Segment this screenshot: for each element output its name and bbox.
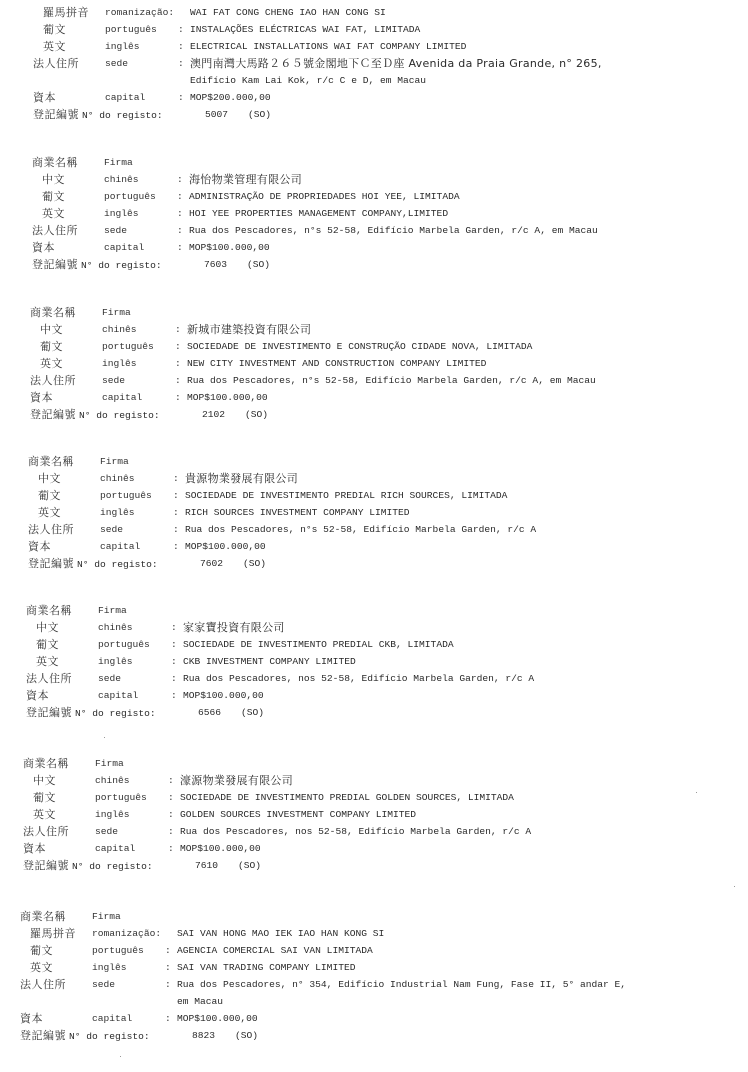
colon: :	[165, 1010, 171, 1027]
registo-label: 登記編號N° do registo:	[32, 256, 162, 274]
chines-label-pt: chinês	[102, 321, 137, 338]
portugues-value: ADMINISTRAÇÃO DE PROPRIEDADES HOI YEE, L…	[189, 188, 460, 205]
portugues-label-pt: português	[95, 789, 147, 806]
sede-value-line1: Rua dos Pescadores, n° 354, Edifício Ind…	[177, 976, 626, 993]
capital-label-zh: 資本	[26, 687, 49, 704]
registo-label-zh: 登記編號	[23, 859, 69, 872]
firma-label-pt: Firma	[100, 453, 129, 470]
chines-label-pt: chinês	[98, 619, 133, 636]
portugues-label-zh: 葡文	[40, 338, 63, 355]
capital-label-zh: 資本	[33, 89, 56, 106]
ingles-label-zh: 英文	[30, 959, 53, 976]
firma-label-zh: 商業名稱	[26, 602, 72, 619]
portugues-label-pt: português	[104, 188, 156, 205]
romanizacao-value: WAI FAT CONG CHENG IAO HAN CONG SI	[190, 4, 386, 21]
colon: :	[177, 171, 183, 188]
firma-label-zh: 商業名稱	[30, 304, 76, 321]
capital-value: MOP$100.000,00	[187, 389, 268, 406]
capital-label-zh: 資本	[20, 1010, 43, 1027]
firma-label-pt: Firma	[102, 304, 131, 321]
colon: :	[171, 653, 177, 670]
colon: :	[173, 470, 179, 487]
sede-label-zh: 法人住所	[20, 976, 66, 993]
registo-label-pt: N° do registo:	[75, 708, 156, 719]
colon: :	[177, 188, 183, 205]
ingles-value: HOI YEE PROPERTIES MANAGEMENT COMPANY,LI…	[189, 205, 448, 222]
registo-tag: (SO)	[247, 256, 270, 273]
registo-label-pt: N° do registo:	[79, 410, 160, 421]
registo-label: 登記編號N° do registo:	[20, 1027, 150, 1045]
registo-number: 7602	[200, 555, 223, 572]
chines-value: 貴源物業發展有限公司	[185, 470, 298, 487]
colon: :	[168, 823, 174, 840]
sede-value: Rua dos Pescadores, nos 52-58, Edifício …	[183, 670, 534, 687]
capital-value: MOP$100.000,00	[185, 538, 266, 555]
scan-speck	[696, 792, 697, 793]
colon: :	[177, 239, 183, 256]
chines-label-zh: 中文	[42, 171, 65, 188]
sede-label-pt: sede	[105, 55, 128, 72]
sede-label-zh: 法人住所	[30, 372, 76, 389]
sede-label-pt: sede	[102, 372, 125, 389]
colon: :	[177, 205, 183, 222]
firma-label-pt: Firma	[92, 908, 121, 925]
capital-value: MOP$100.000,00	[183, 687, 264, 704]
ingles-value: SAI VAN TRADING COMPANY LIMITED	[177, 959, 355, 976]
colon: :	[178, 89, 184, 106]
colon: :	[178, 38, 184, 55]
sede-value: Rua dos Pescadores, n°s 52-58, Edifício …	[185, 521, 536, 538]
capital-value: MOP$200.000,00	[190, 89, 271, 106]
registo-tag: (SO)	[235, 1027, 258, 1044]
romanizacao-label-pt: romanização:	[105, 4, 174, 21]
registo-label: 登記編號N° do registo:	[33, 106, 163, 124]
colon: :	[165, 959, 171, 976]
ingles-label-pt: inglês	[98, 653, 133, 670]
registo-label-pt: N° do registo:	[81, 260, 162, 271]
registo-tag: (SO)	[245, 406, 268, 423]
portugues-label-pt: português	[92, 942, 144, 959]
colon: :	[165, 976, 171, 993]
registo-label-zh: 登記編號	[30, 408, 76, 421]
chines-label-zh: 中文	[36, 619, 59, 636]
portugues-label-pt: português	[105, 21, 157, 38]
romanizacao-label-zh: 羅馬拼音	[30, 925, 76, 942]
sede-label-zh: 法人住所	[26, 670, 72, 687]
firma-label-pt: Firma	[104, 154, 133, 171]
portugues-value: SOCIEDADE DE INVESTIMENTO PREDIAL GOLDEN…	[180, 789, 514, 806]
portugues-value: SOCIEDADE DE INVESTIMENTO PREDIAL RICH S…	[185, 487, 507, 504]
firma-label-zh: 商業名稱	[23, 755, 69, 772]
sede-value: Rua dos Pescadores, nos 52-58, Edifício …	[180, 823, 531, 840]
registo-label-zh: 登記編號	[26, 706, 72, 719]
portugues-value: INSTALAÇÕES ELÉCTRICAS WAI FAT, LIMITADA	[190, 21, 420, 38]
registo-label-pt: N° do registo:	[82, 110, 163, 121]
sede-value-line2: em Macau	[177, 993, 223, 1010]
firma-label-zh: 商業名稱	[32, 154, 78, 171]
colon: :	[175, 338, 181, 355]
colon: :	[173, 504, 179, 521]
capital-label-pt: capital	[95, 840, 135, 857]
colon: :	[175, 372, 181, 389]
portugues-label-pt: português	[98, 636, 150, 653]
ingles-label-zh: 英文	[43, 38, 66, 55]
scan-speck	[104, 737, 105, 738]
colon: :	[173, 521, 179, 538]
portugues-label-zh: 葡文	[43, 21, 66, 38]
colon: :	[168, 806, 174, 823]
ingles-label-pt: inglês	[100, 504, 135, 521]
capital-label-zh: 資本	[23, 840, 46, 857]
registo-label-pt: N° do registo:	[69, 1031, 150, 1042]
colon: :	[175, 355, 181, 372]
chines-label-pt: chinês	[100, 470, 135, 487]
capital-label-zh: 資本	[30, 389, 53, 406]
ingles-value: RICH SOURCES INVESTMENT COMPANY LIMITED	[185, 504, 410, 521]
colon: :	[175, 321, 181, 338]
ingles-value: NEW CITY INVESTMENT AND CONSTRUCTION COM…	[187, 355, 486, 372]
portugues-value: SOCIEDADE DE INVESTIMENTO E CONSTRUÇÃO C…	[187, 338, 532, 355]
sede-value: Rua dos Pescadores, n°s 52-58, Edifício …	[187, 372, 596, 389]
portugues-label-zh: 葡文	[42, 188, 65, 205]
capital-value: MOP$100.000,00	[189, 239, 270, 256]
colon: :	[171, 619, 177, 636]
firma-label-zh: 商業名稱	[20, 908, 66, 925]
registo-label-pt: N° do registo:	[72, 861, 153, 872]
sede-value-line1: 澳門南灣大馬路２６５號金閣地下Ｃ至Ｄ座 Avenida da Praia Gra…	[190, 55, 602, 72]
portugues-value: AGENCIA COMERCIAL SAI VAN LIMITADA	[177, 942, 373, 959]
colon: :	[165, 942, 171, 959]
ingles-label-zh: 英文	[42, 205, 65, 222]
registo-tag: (SO)	[238, 857, 261, 874]
ingles-label-pt: inglês	[92, 959, 127, 976]
ingles-label-zh: 英文	[33, 806, 56, 823]
scan-speck	[734, 886, 735, 887]
sede-label-zh: 法人住所	[32, 222, 78, 239]
chines-label-pt: chinês	[104, 171, 139, 188]
sede-value-line2: Edifício Kam Lai Kok, r/c C e D, em Maca…	[190, 72, 426, 89]
colon: :	[168, 772, 174, 789]
ingles-label-zh: 英文	[36, 653, 59, 670]
capital-label-pt: capital	[100, 538, 140, 555]
chines-label-zh: 中文	[33, 772, 56, 789]
ingles-label-zh: 英文	[38, 504, 61, 521]
chines-value: 新城市建築投資有限公司	[187, 321, 311, 338]
colon: :	[173, 538, 179, 555]
capital-value: MOP$100.000,00	[180, 840, 261, 857]
sede-label-pt: sede	[92, 976, 115, 993]
portugues-value: SOCIEDADE DE INVESTIMENTO PREDIAL CKB, L…	[183, 636, 454, 653]
romanizacao-label-zh: 羅馬拼音	[43, 4, 89, 21]
sede-value: Rua dos Pescadores, n°s 52-58, Edifício …	[189, 222, 598, 239]
portugues-label-pt: português	[100, 487, 152, 504]
registo-number: 6566	[198, 704, 221, 721]
sede-label-zh: 法人住所	[23, 823, 69, 840]
colon: :	[171, 636, 177, 653]
chines-label-pt: chinês	[95, 772, 130, 789]
colon: :	[171, 670, 177, 687]
portugues-label-zh: 葡文	[38, 487, 61, 504]
chines-value: 海怡物業管理有限公司	[189, 171, 302, 188]
registo-number: 7603	[204, 256, 227, 273]
colon: :	[171, 687, 177, 704]
ingles-label-pt: inglês	[104, 205, 139, 222]
capital-label-zh: 資本	[28, 538, 51, 555]
sede-label-zh: 法人住所	[28, 521, 74, 538]
registo-label: 登記編號N° do registo:	[26, 704, 156, 722]
sede-label-pt: sede	[100, 521, 123, 538]
sede-label-pt: sede	[98, 670, 121, 687]
ingles-label-zh: 英文	[40, 355, 63, 372]
capital-label-pt: capital	[104, 239, 144, 256]
chines-value: 濠源物業發展有限公司	[180, 772, 293, 789]
colon: :	[173, 487, 179, 504]
registo-label-zh: 登記編號	[33, 108, 79, 121]
capital-label-pt: capital	[98, 687, 138, 704]
capital-label-pt: capital	[105, 89, 145, 106]
chines-label-zh: 中文	[38, 470, 61, 487]
capital-value: MOP$100.000,00	[177, 1010, 258, 1027]
document-page: 羅馬拼音 romanização: WAI FAT CONG CHENG IAO…	[0, 0, 748, 1072]
colon: :	[178, 21, 184, 38]
sede-label-pt: sede	[95, 823, 118, 840]
ingles-value: GOLDEN SOURCES INVESTMENT COMPANY LIMITE…	[180, 806, 416, 823]
registo-number: 7610	[195, 857, 218, 874]
portugues-label-pt: português	[102, 338, 154, 355]
registo-label-zh: 登記編號	[28, 557, 74, 570]
colon: :	[177, 222, 183, 239]
portugues-label-zh: 葡文	[36, 636, 59, 653]
firma-label-pt: Firma	[98, 602, 127, 619]
chines-value: 家家寶投資有限公司	[183, 619, 285, 636]
capital-label-pt: capital	[102, 389, 142, 406]
registo-label-zh: 登記編號	[20, 1029, 66, 1042]
firma-label-pt: Firma	[95, 755, 124, 772]
romanizacao-value: SAI VAN HONG MAO IEK IAO HAN KONG SI	[177, 925, 384, 942]
colon: :	[178, 55, 184, 72]
romanizacao-label-pt: romanização:	[92, 925, 161, 942]
ingles-label-pt: inglês	[102, 355, 137, 372]
colon: :	[168, 789, 174, 806]
colon: :	[168, 840, 174, 857]
portugues-label-zh: 葡文	[30, 942, 53, 959]
registo-label: 登記編號N° do registo:	[23, 857, 153, 875]
sede-label-pt: sede	[104, 222, 127, 239]
portugues-label-zh: 葡文	[33, 789, 56, 806]
registo-tag: (SO)	[248, 106, 271, 123]
ingles-value: ELECTRICAL INSTALLATIONS WAI FAT COMPANY…	[190, 38, 466, 55]
chines-label-zh: 中文	[40, 321, 63, 338]
registo-number: 2102	[202, 406, 225, 423]
registo-number: 8823	[192, 1027, 215, 1044]
ingles-label-pt: inglês	[95, 806, 130, 823]
registo-tag: (SO)	[241, 704, 264, 721]
registo-tag: (SO)	[243, 555, 266, 572]
registo-label: 登記編號N° do registo:	[28, 555, 158, 573]
colon: :	[175, 389, 181, 406]
scan-speck	[120, 1056, 121, 1057]
firma-label-zh: 商業名稱	[28, 453, 74, 470]
registo-number: 5007	[205, 106, 228, 123]
ingles-value: CKB INVESTMENT COMPANY LIMITED	[183, 653, 356, 670]
sede-label-zh: 法人住所	[33, 55, 79, 72]
capital-label-zh: 資本	[32, 239, 55, 256]
capital-label-pt: capital	[92, 1010, 132, 1027]
registo-label-pt: N° do registo:	[77, 559, 158, 570]
registo-label-zh: 登記編號	[32, 258, 78, 271]
ingles-label-pt: inglês	[105, 38, 140, 55]
registo-label: 登記編號N° do registo:	[30, 406, 160, 424]
